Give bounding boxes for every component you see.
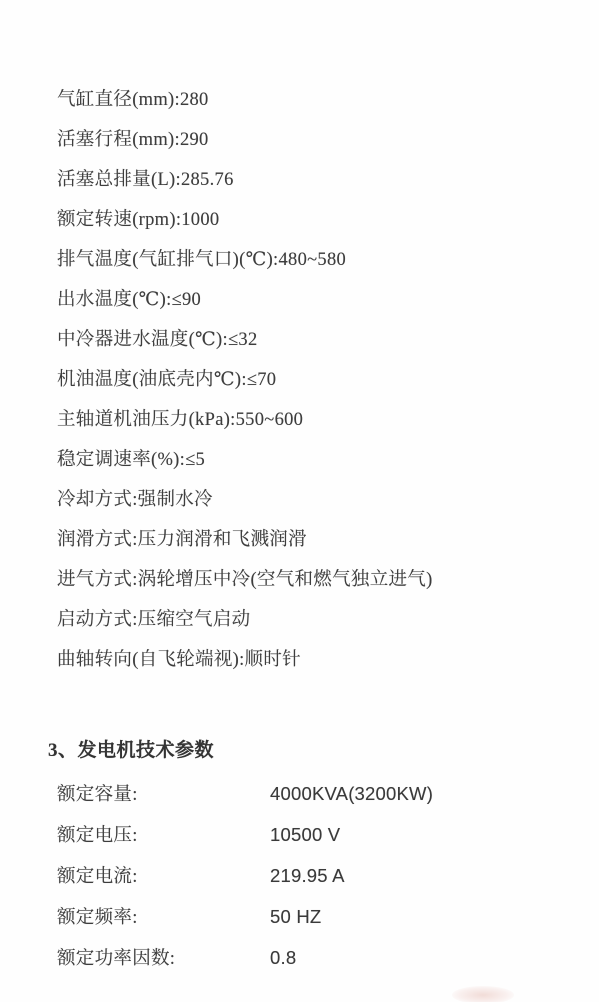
spec-line: 出水温度(℃):≤90 [57,280,579,320]
spec-line: 中冷器进水温度(℃):≤32 [57,320,579,360]
spec-label: 额定电流: [57,857,270,898]
spec-label: 额定容量: [57,775,270,816]
document-page: 气缸直径(mm):280 活塞行程(mm):290 活塞总排量(L):285.7… [0,0,599,1002]
generator-spec-table: 额定容量:4000KVA(3200KW) 额定电压:10500 V 额定电流:2… [57,773,579,978]
spec-line: 润滑方式:压力润滑和飞溅润滑 [57,520,579,560]
spec-line: 排气温度(气缸排气口)(℃):480~580 [57,240,579,280]
spec-line: 活塞总排量(L):285.76 [57,160,579,200]
table-row: 额定功率因数:0.8 [57,937,579,978]
faint-stamp-edge [452,986,514,1002]
spec-line: 机油温度(油底壳内℃):≤70 [57,360,579,400]
table-row: 额定容量:4000KVA(3200KW) [57,773,579,814]
spec-line: 气缸直径(mm):280 [57,80,579,120]
spec-line: 额定转速(rpm):1000 [57,200,579,240]
spec-line: 曲轴转向(自飞轮端视):顺时针 [57,640,579,680]
spec-value: 0.8 [270,937,296,978]
engine-spec-list: 气缸直径(mm):280 活塞行程(mm):290 活塞总排量(L):285.7… [57,80,579,680]
spec-line: 稳定调速率(%):≤5 [57,440,579,480]
spec-value: 50 HZ [270,896,321,937]
spec-label: 额定功率因数: [57,939,270,980]
spec-label: 额定频率: [57,898,270,939]
spec-value: 219.95 A [270,855,345,896]
spec-line: 冷却方式:强制水冷 [57,480,579,520]
spec-value: 10500 V [270,814,340,855]
spec-value: 4000KVA(3200KW) [270,773,433,814]
spec-line: 启动方式:压缩空气启动 [57,600,579,640]
table-row: 额定频率:50 HZ [57,896,579,937]
table-row: 额定电压:10500 V [57,814,579,855]
generator-section-heading: 3、发电机技术参数 [48,731,579,771]
spec-line: 主轴道机油压力(kPa):550~600 [57,400,579,440]
document-content: 气缸直径(mm):280 活塞行程(mm):290 活塞总排量(L):285.7… [57,80,579,978]
spec-line: 活塞行程(mm):290 [57,120,579,160]
table-row: 额定电流:219.95 A [57,855,579,896]
spec-line: 进气方式:涡轮增压中冷(空气和燃气独立进气) [57,560,579,600]
spec-label: 额定电压: [57,816,270,857]
